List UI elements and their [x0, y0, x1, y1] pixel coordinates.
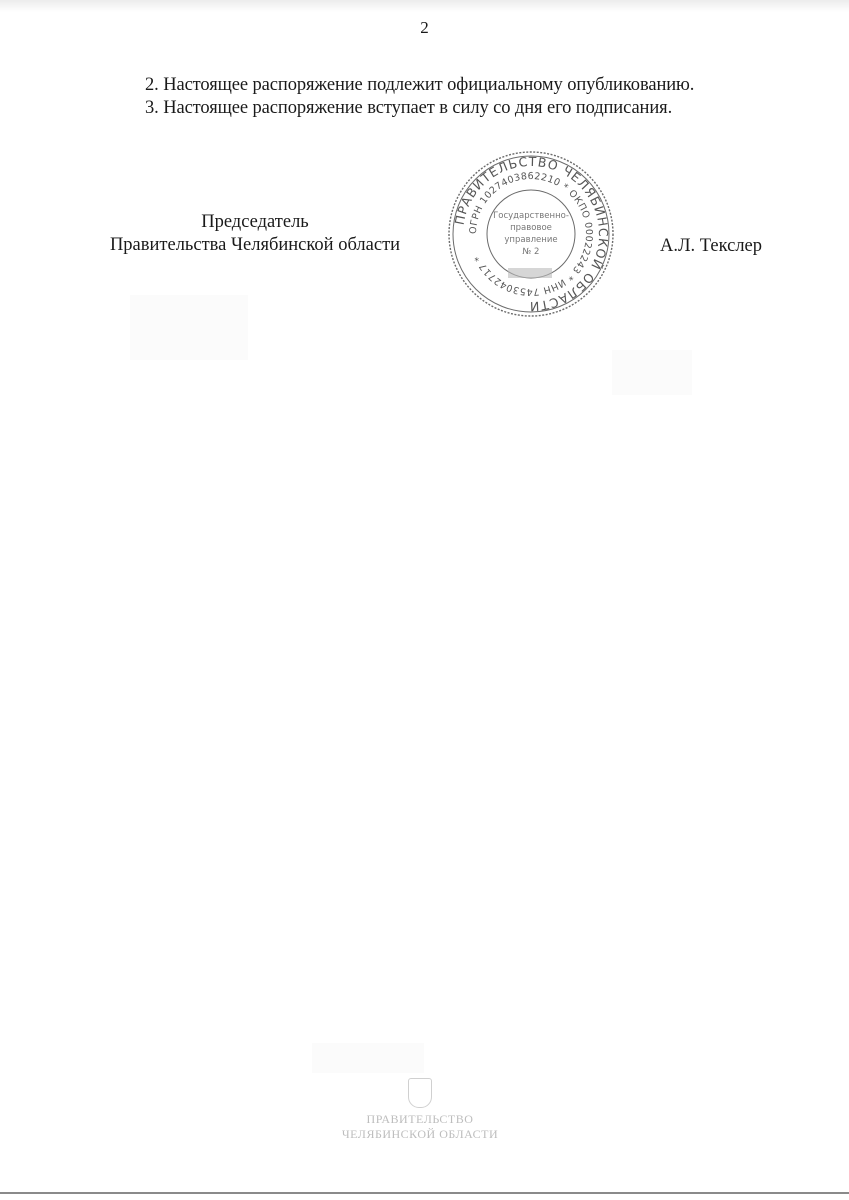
footer-watermark-line1: ПРАВИТЕЛЬСТВО: [300, 1112, 540, 1127]
seal-icon: ПРАВИТЕЛЬСТВО ЧЕЛЯБИНСКОЙ ОБЛАСТИ ОГРН 1…: [446, 146, 616, 322]
seal-smudge: [508, 268, 552, 278]
paragraph-2: 2. Настоящее распоряжение подлежит офици…: [145, 75, 694, 96]
scan-artifact: [130, 295, 248, 360]
footer-watermark-line2: ЧЕЛЯБИНСКОЙ ОБЛАСТИ: [300, 1127, 540, 1142]
seal-center-line4: № 2: [523, 247, 540, 257]
scan-edge-shadow: [0, 0, 849, 12]
scan-artifact: [312, 1043, 424, 1073]
seal-center-line1: Государственно-: [493, 211, 569, 221]
seal-center-line2: правовое: [510, 223, 552, 233]
seal-center-line3: управление: [504, 235, 557, 245]
footer-watermark: ПРАВИТЕЛЬСТВО ЧЕЛЯБИНСКОЙ ОБЛАСТИ: [300, 1078, 540, 1142]
scan-artifact: [612, 350, 692, 395]
signatory-position-line1: Председатель: [80, 211, 430, 234]
signatory-name: А.Л. Текслер: [660, 236, 762, 257]
signatory-position: Председатель Правительства Челябинской о…: [80, 211, 430, 257]
page-number: 2: [0, 18, 849, 38]
signatory-position-line2: Правительства Челябинской области: [80, 234, 430, 257]
coat-of-arms-icon: [408, 1078, 432, 1108]
paragraph-3: 3. Настоящее распоряжение вступает в сил…: [145, 98, 672, 119]
official-seal: ПРАВИТЕЛЬСТВО ЧЕЛЯБИНСКОЙ ОБЛАСТИ ОГРН 1…: [446, 146, 616, 322]
scan-bottom-edge: [0, 1192, 849, 1194]
